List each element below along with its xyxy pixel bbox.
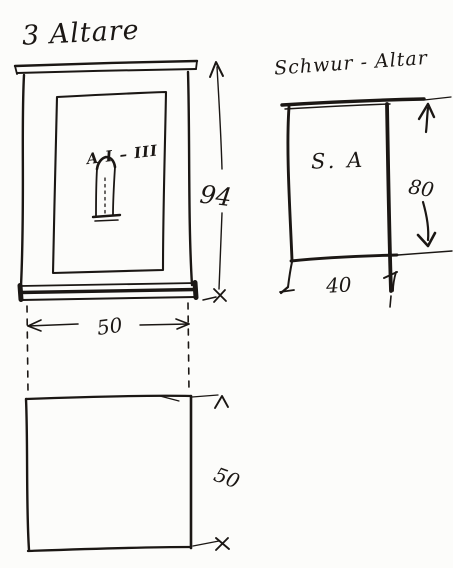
- right-mark-dash: [390, 296, 391, 307]
- plan-bottom-extension-tick: [193, 541, 219, 546]
- dim-line-left: [28, 324, 78, 326]
- dim-line-lower: [423, 202, 428, 240]
- dimension-width-40: 40: [280, 262, 397, 307]
- dim-line-upper: [217, 67, 222, 169]
- dim-value-80: 80: [407, 174, 436, 202]
- top-bar: [282, 99, 424, 105]
- left-mark-line: [288, 262, 292, 287]
- plinth-bottom-line: [21, 297, 196, 300]
- dimension-height-80: 80: [407, 104, 436, 246]
- left-edge: [288, 107, 292, 260]
- arrow-cross-down: [214, 289, 226, 302]
- title-3-altare: 3 Altare: [21, 15, 140, 52]
- dim-value-40: 40: [324, 272, 352, 297]
- dim-line-right: [140, 324, 189, 325]
- dimension-depth-50: 50: [211, 396, 243, 550]
- body-right-edge: [188, 72, 192, 285]
- right-edge: [387, 104, 391, 291]
- stele-left-side: [96, 169, 97, 217]
- plinth-top-line: [20, 283, 196, 286]
- arrow-up: [215, 396, 228, 408]
- arrow-down: [418, 233, 435, 246]
- stele-right-side: [113, 167, 115, 215]
- plan-bottom-edge: [28, 547, 191, 551]
- dim-line-upper: [426, 108, 428, 132]
- right-mark-line: [393, 272, 396, 291]
- top-bar-extension: [424, 97, 451, 100]
- sketch-page: 3 Altare Schwur - Altar A I – III: [0, 0, 453, 568]
- dim-value-50-depth: 50: [211, 462, 243, 493]
- dim-line-lower: [219, 213, 222, 289]
- door-panel: [53, 92, 166, 273]
- projection-dashed-right: [188, 303, 189, 392]
- bottom-edge: [291, 255, 397, 261]
- plinth: [20, 283, 196, 301]
- projection-dashed-left: [27, 306, 28, 392]
- stele-base-line: [93, 215, 120, 217]
- title-schwur-altar: Schwur - Altar: [273, 47, 429, 80]
- plan-top-extension-tick: [192, 395, 218, 397]
- stele-base-line-2: [95, 220, 118, 221]
- dimension-width-50: 50: [28, 313, 189, 340]
- altar-sketch-drawing: 3 Altare Schwur - Altar A I – III: [0, 0, 453, 568]
- bottom-tick: [203, 297, 216, 300]
- dim-value-94: 94: [198, 180, 233, 213]
- plinth-band: [20, 290, 196, 293]
- body-left-edge: [21, 75, 24, 286]
- altar-front-elevation: A I – III: [15, 61, 197, 300]
- arrow-cross-down: [216, 538, 229, 550]
- cornice-bottom-line: [17, 69, 196, 73]
- panel-label-sa: S. A: [311, 148, 366, 174]
- stele-figure: [93, 157, 120, 221]
- dim-value-50-width: 50: [95, 313, 124, 340]
- left-arrow-tick: [280, 290, 294, 292]
- dimension-height-94: 94: [198, 62, 233, 302]
- bottom-edge-extension: [398, 251, 452, 255]
- plan-left-edge: [26, 399, 29, 550]
- altar-plan-view: [26, 395, 219, 551]
- panel-label-a-i-iii: A I – III: [84, 141, 160, 168]
- cornice-top-line: [15, 61, 197, 66]
